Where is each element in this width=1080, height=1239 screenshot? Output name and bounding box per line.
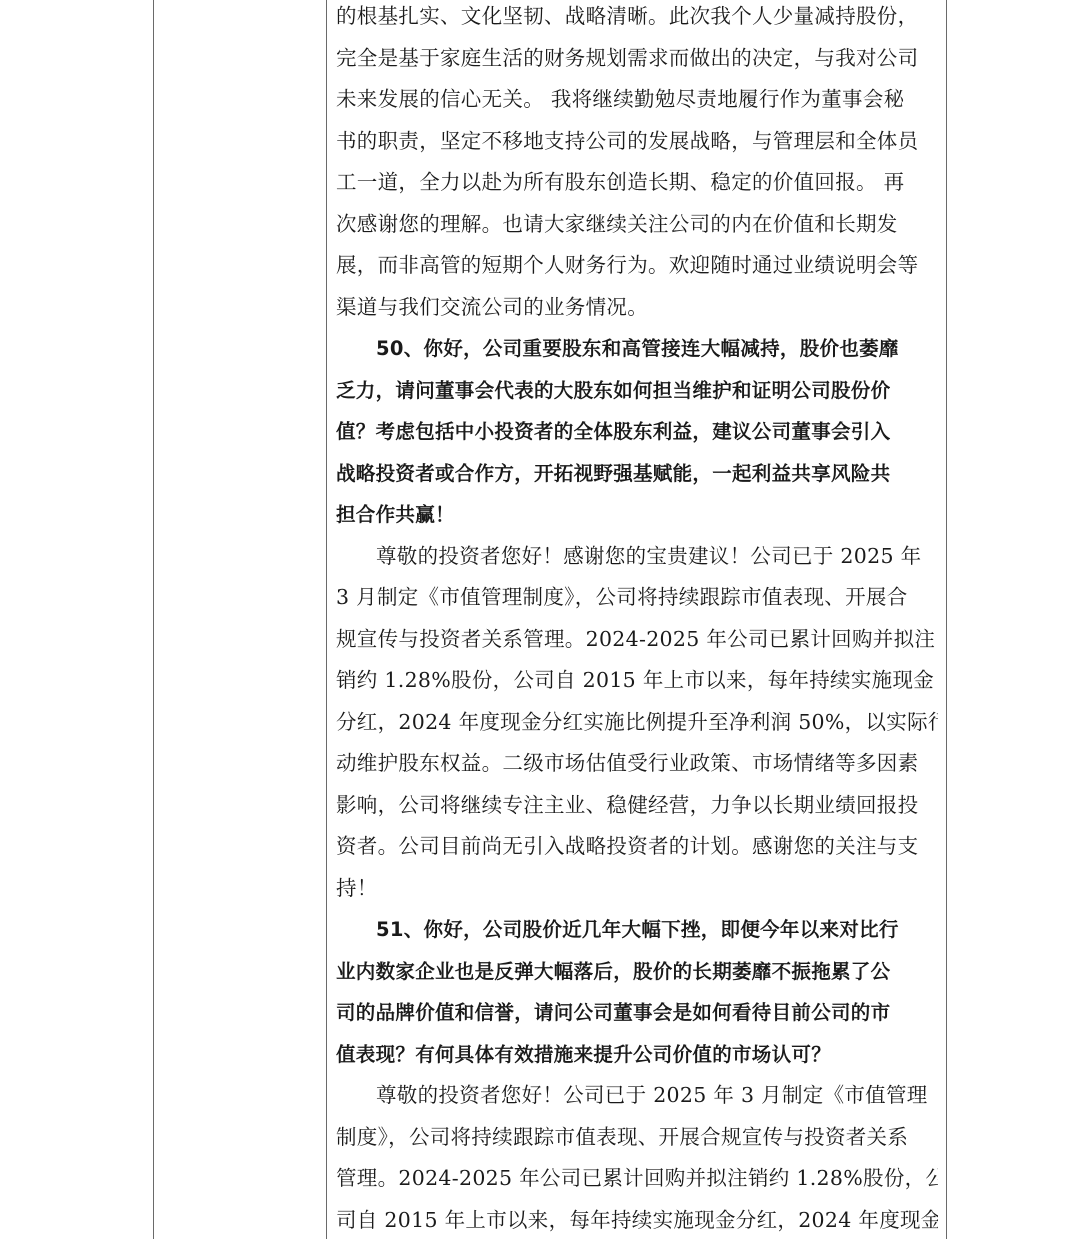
text-line: 渠道与我们交流公司的业务情况。 bbox=[336, 287, 938, 329]
text-line: 的根基扎实、文化坚韧、战略清晰。此次我个人少量减持股份， bbox=[336, 0, 938, 38]
table-border-column-divider bbox=[326, 0, 327, 1239]
answer-line: 分红，2024 年度现金分红实施比例提升至净利润 50%，以实际行 bbox=[336, 702, 938, 744]
answer-line: 影响，公司将继续专注主业、稳健经营，力争以长期业绩回报投 bbox=[336, 785, 938, 827]
answer-line: 资者。公司目前尚无引入战略投资者的计划。感谢您的关注与支 bbox=[336, 826, 938, 868]
text-line: 展，而非高管的短期个人财务行为。欢迎随时通过业绩说明会等 bbox=[336, 245, 938, 287]
text-line: 次感谢您的理解。也请大家继续关注公司的内在价值和长期发 bbox=[336, 204, 938, 246]
question-line: 业内数家企业也是反弹大幅落后，股价的长期萎靡不振拖累了公 bbox=[336, 951, 938, 993]
question-line: 司的品牌价值和信誉，请问公司董事会是如何看待目前公司的市 bbox=[336, 992, 938, 1034]
text-line: 完全是基于家庭生活的财务规划需求而做出的决定，与我对公司 bbox=[336, 38, 938, 80]
question-51: 51、你好，公司股价近几年大幅下挫，即便今年以来对比行 业内数家企业也是反弹大幅… bbox=[336, 909, 938, 1075]
answer-line: 持！ bbox=[336, 868, 938, 910]
answer-50: 尊敬的投资者您好！感谢您的宝贵建议！公司已于 2025 年 3 月制定《市值管理… bbox=[336, 536, 938, 910]
question-line: 值？考虑包括中小投资者的全体股东利益，建议公司董事会引入 bbox=[336, 411, 938, 453]
table-border-left bbox=[153, 0, 154, 1239]
answer-51: 尊敬的投资者您好！公司已于 2025 年 3 月制定《市值管理 制度》，公司将持… bbox=[336, 1075, 938, 1239]
answer-line: 销约 1.28%股份，公司自 2015 年上市以来，每年持续实施现金 bbox=[336, 660, 938, 702]
question-line: 50、你好，公司重要股东和高管接连大幅减持，股价也萎靡 bbox=[336, 328, 938, 370]
table-border-right bbox=[946, 0, 947, 1239]
question-line: 战略投资者或合作方，开拓视野强基赋能，一起利益共享风险共 bbox=[336, 453, 938, 495]
question-line: 乏力，请问董事会代表的大股东如何担当维护和证明公司股份价 bbox=[336, 370, 938, 412]
answer-line: 尊敬的投资者您好！感谢您的宝贵建议！公司已于 2025 年 bbox=[336, 536, 938, 578]
question-50: 50、你好，公司重要股东和高管接连大幅减持，股价也萎靡 乏力，请问董事会代表的大… bbox=[336, 328, 938, 536]
answer-line: 动维护股东权益。二级市场估值受行业政策、市场情绪等多因素 bbox=[336, 743, 938, 785]
table-cell-content: 的根基扎实、文化坚韧、战略清晰。此次我个人少量减持股份， 完全是基于家庭生活的财… bbox=[336, 0, 938, 1239]
answer-line: 尊敬的投资者您好！公司已于 2025 年 3 月制定《市值管理 bbox=[336, 1075, 938, 1117]
answer-line: 3 月制定《市值管理制度》，公司将持续跟踪市值表现、开展合 bbox=[336, 577, 938, 619]
text-line: 书的职责，坚定不移地支持公司的发展战略，与管理层和全体员 bbox=[336, 121, 938, 163]
question-line: 51、你好，公司股价近几年大幅下挫，即便今年以来对比行 bbox=[336, 909, 938, 951]
question-line: 值表现？有何具体有效措施来提升公司价值的市场认可？ bbox=[336, 1034, 938, 1076]
answer-line: 制度》，公司将持续跟踪市值表现、开展合规宣传与投资者关系 bbox=[336, 1117, 938, 1159]
text-line: 未来发展的信心无关。 我将继续勤勉尽责地履行作为董事会秘 bbox=[336, 79, 938, 121]
answer-line: 司自 2015 年上市以来，每年持续实施现金分红，2024 年度现金 bbox=[336, 1200, 938, 1239]
text-line: 工一道，全力以赴为所有股东创造长期、稳定的价值回报。 再 bbox=[336, 162, 938, 204]
continuation-answer: 的根基扎实、文化坚韧、战略清晰。此次我个人少量减持股份， 完全是基于家庭生活的财… bbox=[336, 0, 938, 328]
answer-line: 管理。2024-2025 年公司已累计回购并拟注销约 1.28%股份，公 bbox=[336, 1158, 938, 1200]
answer-line: 规宣传与投资者关系管理。2024-2025 年公司已累计回购并拟注 bbox=[336, 619, 938, 661]
question-line: 担合作共赢！ bbox=[336, 494, 938, 536]
